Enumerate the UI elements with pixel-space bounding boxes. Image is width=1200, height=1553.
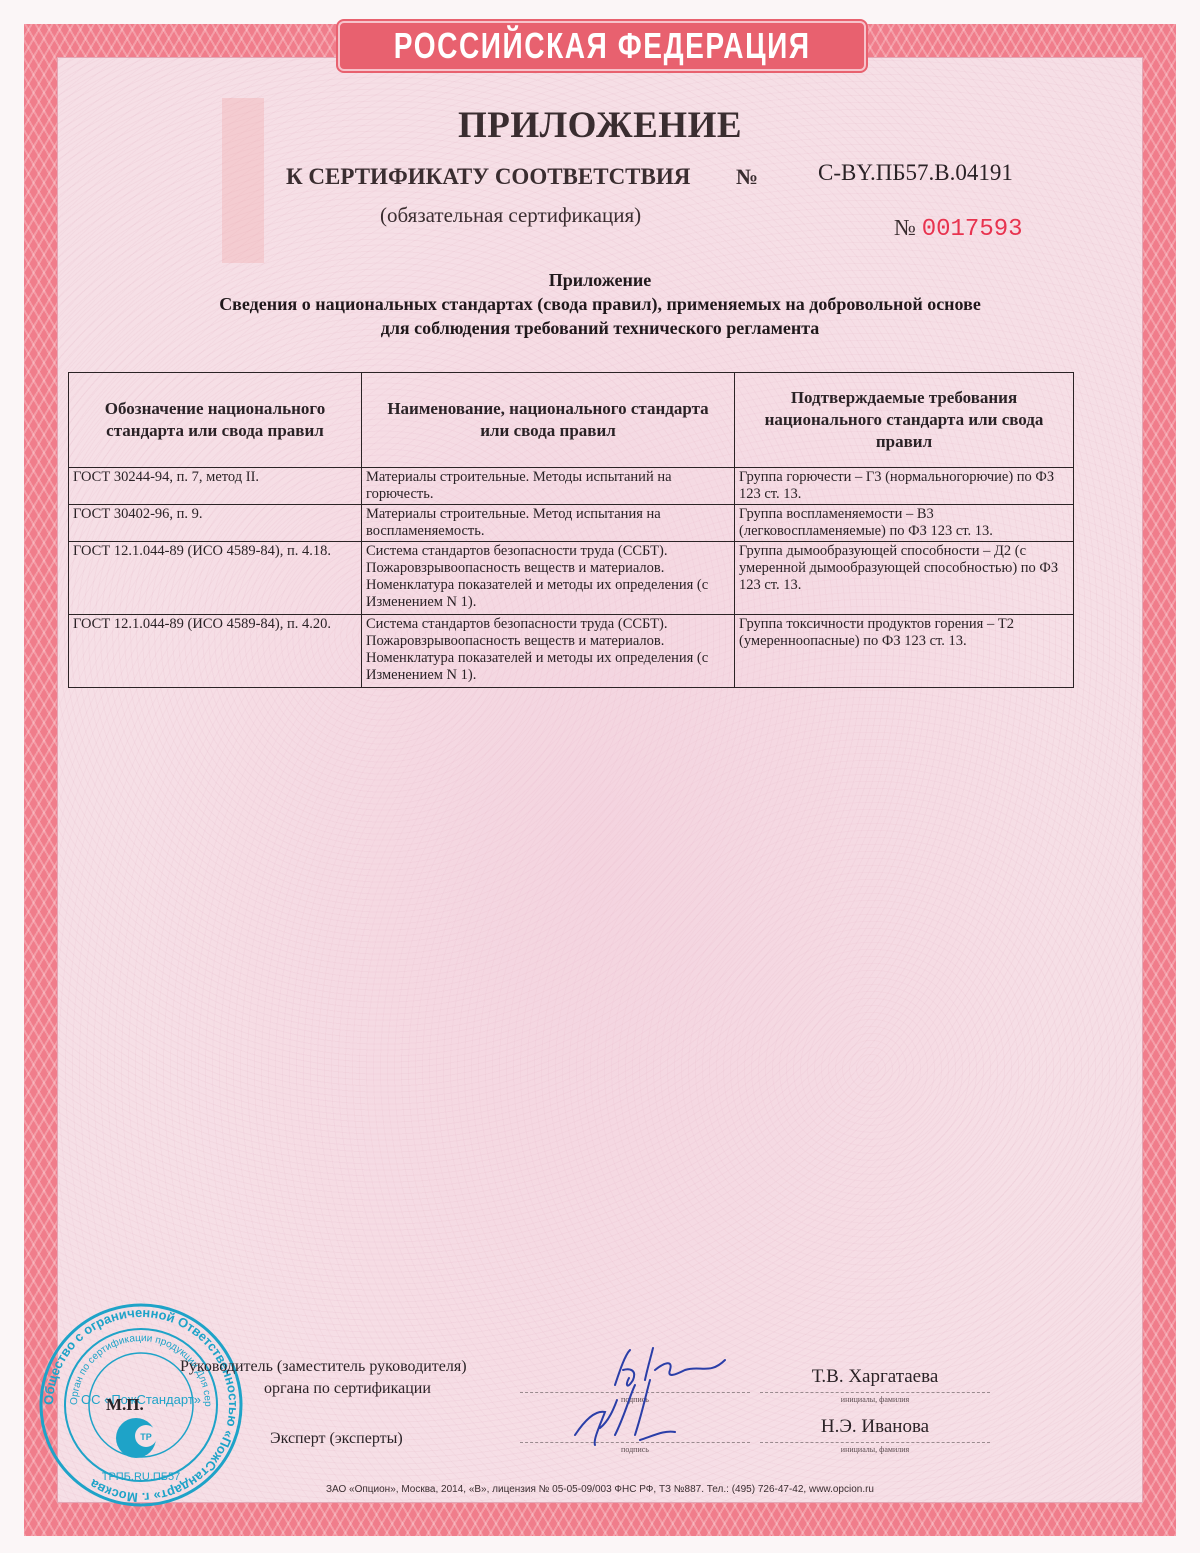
section-subtitle-2: для соблюдения требований технического р… <box>0 316 1200 340</box>
stamp-bottom-text: ТРПБ.RU.ПБ57 <box>102 1471 181 1483</box>
head-label-1: Руководитель (заместитель руководителя) <box>180 1358 467 1376</box>
head-name-caption: инициалы, фамилия <box>760 1395 990 1404</box>
expert-name: Н.Э. Иванова <box>760 1416 990 1438</box>
header-banner: РОССИЙСКАЯ ФЕДЕРАЦИЯ <box>338 21 866 71</box>
table-row: ГОСТ 12.1.044-89 (ИСО 4589-84), п. 4.20.… <box>69 615 1074 688</box>
cell-requirements: Группа горючести – Г3 (нормальногорючие)… <box>735 468 1074 505</box>
section-heading: Приложение Сведения о национальных станд… <box>0 268 1200 340</box>
column-header-requirements: Подтверждаемые требования национального … <box>735 373 1074 468</box>
seal-label: М.П. <box>106 1395 144 1415</box>
certificate-number: C-BY.ПБ57.В.04191 <box>818 160 1013 186</box>
cell-requirements: Группа дымообразующей способности – Д2 (… <box>735 542 1074 615</box>
section-subtitle-1: Сведения о национальных стандартах (свод… <box>0 292 1200 316</box>
column-header-name: Наименование, национального стандарта ил… <box>362 373 735 468</box>
head-name: Т.В. Харгатаева <box>760 1366 990 1388</box>
table-row: ГОСТ 30402-96, п. 9. Материалы строитель… <box>69 505 1074 542</box>
cell-designation: ГОСТ 30402-96, п. 9. <box>69 505 362 542</box>
expert-label: Эксперт (эксперты) <box>270 1430 403 1448</box>
document-title: ПРИЛОЖЕНИЕ <box>0 104 1200 147</box>
serial-number: № 0017593 <box>894 215 1023 243</box>
head-name-line <box>760 1392 990 1393</box>
printer-footer: ЗАО «Опцион», Москва, 2014, «В», лицензи… <box>0 1484 1200 1495</box>
table-row: ГОСТ 12.1.044-89 (ИСО 4589-84), п. 4.18.… <box>69 542 1074 615</box>
signature-marks <box>555 1340 755 1460</box>
expert-name-line <box>760 1442 990 1443</box>
cell-designation: ГОСТ 12.1.044-89 (ИСО 4589-84), п. 4.18. <box>69 542 362 615</box>
section-title: Приложение <box>0 268 1200 292</box>
expert-name-caption: инициалы, фамилия <box>760 1445 990 1454</box>
certificate-type: (обязательная сертификация) <box>380 203 641 228</box>
serial-prefix: № <box>894 215 916 240</box>
head-label-2: органа по сертификации <box>264 1380 431 1398</box>
cell-name: Система стандартов безопасности труда (С… <box>362 542 735 615</box>
certificate-label: К СЕРТИФИКАТУ СООТВЕТСТВИЯ <box>286 164 690 190</box>
cell-requirements: Группа воспламеняемости – В3 (легковоспл… <box>735 505 1074 542</box>
cell-requirements: Группа токсичности продуктов горения – Т… <box>735 615 1074 688</box>
cell-designation: ГОСТ 30244-94, п. 7, метод II. <box>69 468 362 505</box>
cell-name: Система стандартов безопасности труда (С… <box>362 615 735 688</box>
cell-name: Материалы строительные. Методы испытаний… <box>362 468 735 505</box>
cell-designation: ГОСТ 12.1.044-89 (ИСО 4589-84), п. 4.20. <box>69 615 362 688</box>
serial-value: 0017593 <box>922 216 1023 243</box>
table-row: ГОСТ 30244-94, п. 7, метод II. Материалы… <box>69 468 1074 505</box>
stamp-logo-text: ТР <box>140 1432 152 1442</box>
cell-name: Материалы строительные. Метод испытания … <box>362 505 735 542</box>
column-header-designation: Обозначение национального стандарта или … <box>69 373 362 468</box>
table-header-row: Обозначение национального стандарта или … <box>69 373 1074 468</box>
standards-table: Обозначение национального стандарта или … <box>68 372 1074 688</box>
banner-text: РОССИЙСКАЯ ФЕДЕРАЦИЯ <box>394 25 811 67</box>
number-sign: № <box>736 164 758 190</box>
